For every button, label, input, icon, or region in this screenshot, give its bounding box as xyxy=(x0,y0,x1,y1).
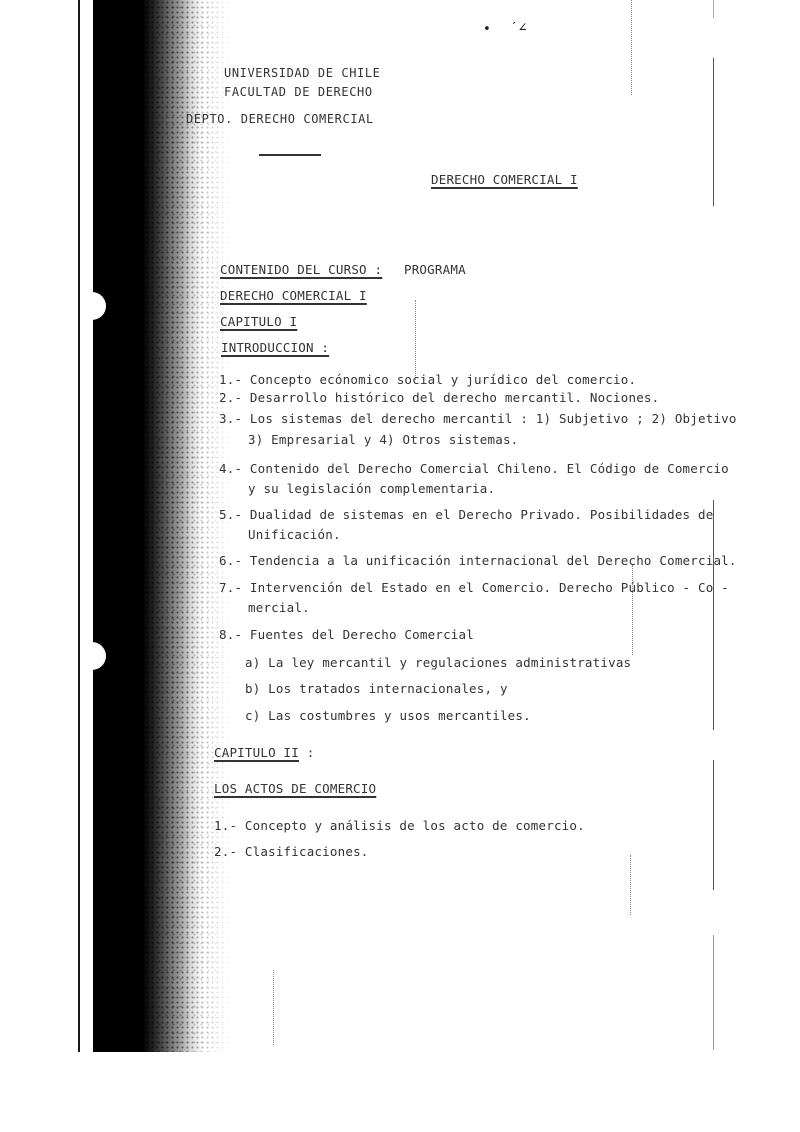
list-item: 7.- Intervención del Estado en el Comerc… xyxy=(219,580,729,595)
contents-heading-label: CONTENIDO DEL CURSO : xyxy=(220,262,382,277)
chapter-2-title-label: CAPITULO II xyxy=(214,745,299,760)
item-text: Los sistemas del derecho mercantil : 1) … xyxy=(250,411,737,426)
item-number: 2.- xyxy=(219,390,242,405)
list-item: 8.- Fuentes del Derecho Comercial xyxy=(219,627,474,642)
sub-item: a) La ley mercantil y regulaciones admin… xyxy=(245,655,631,670)
list-item: 5.- Dualidad de sistemas en el Derecho P… xyxy=(219,507,713,522)
scan-artifact-line xyxy=(713,0,714,18)
chapter-1-title: CAPITULO I xyxy=(220,314,297,329)
scan-edge-line xyxy=(78,0,80,1052)
scan-artifact-line xyxy=(713,760,714,890)
scan-artifact-line xyxy=(632,565,633,655)
course-subtitle: DERECHO COMERCIAL I xyxy=(220,288,367,303)
item-number: 5.- xyxy=(219,507,242,522)
chapter-2-title-suffix: : xyxy=(307,745,315,760)
scan-speck: • xyxy=(483,22,491,37)
item-number: 4.- xyxy=(219,461,242,476)
course-title: DERECHO COMERCIAL I xyxy=(431,172,578,187)
divider xyxy=(259,154,321,156)
item-text: Dualidad de sistemas en el Derecho Priva… xyxy=(250,507,714,522)
sub-item: b) Los tratados internacionales, y xyxy=(245,681,508,696)
item-text: Fuentes del Derecho Comercial xyxy=(250,627,474,642)
scan-artifact-line xyxy=(273,970,274,1045)
item-number: 2.- xyxy=(214,844,237,859)
scan-artifact-line xyxy=(713,935,714,1050)
scan-artifact-line xyxy=(415,300,416,380)
list-item: 4.- Contenido del Derecho Comercial Chil… xyxy=(219,461,729,476)
item-number: 7.- xyxy=(219,580,242,595)
item-text: Clasificaciones. xyxy=(245,844,369,859)
scan-noise xyxy=(140,0,230,1052)
list-item: 6.- Tendencia a la unificación internaci… xyxy=(219,553,737,568)
item-text: Concepto y análisis de los acto de comer… xyxy=(245,818,585,833)
chapter-2-title: CAPITULO II : xyxy=(214,745,314,760)
list-item: 3.- Los sistemas del derecho mercantil :… xyxy=(219,411,737,426)
contents-heading: CONTENIDO DEL CURSO : PROGRAMA xyxy=(220,262,466,277)
item-number: 1.- xyxy=(219,372,242,387)
scan-artifact-line xyxy=(630,855,631,915)
item-continuation: Unificación. xyxy=(248,527,341,542)
scan-artifact-line xyxy=(631,0,632,95)
scan-artifact-line xyxy=(713,58,714,206)
item-number: 8.- xyxy=(219,627,242,642)
list-item: 2.- Desarrollo histórico del derecho mer… xyxy=(219,390,659,405)
chapter-2-heading: LOS ACTOS DE COMERCIO xyxy=(214,781,376,796)
item-number: 6.- xyxy=(219,553,242,568)
list-item: 1.- Concepto y análisis de los acto de c… xyxy=(214,818,585,833)
list-item: 2.- Clasificaciones. xyxy=(214,844,369,859)
university-name: UNIVERSIDAD DE CHILE xyxy=(224,66,381,80)
contents-heading-suffix: PROGRAMA xyxy=(404,262,466,277)
faculty-name: FACULTAD DE DERECHO xyxy=(224,85,373,99)
item-continuation: mercial. xyxy=(248,600,310,615)
item-text: Intervención del Estado en el Comercio. … xyxy=(250,580,729,595)
sub-item: c) Las costumbres y usos mercantiles. xyxy=(245,708,531,723)
scanned-page: • ˊ∠ UNIVERSIDAD DE CHILE FACULTAD DE DE… xyxy=(0,0,800,1052)
item-text: Contenido del Derecho Comercial Chileno.… xyxy=(250,461,729,476)
item-number: 3.- xyxy=(219,411,242,426)
chapter-1-heading: INTRODUCCION : xyxy=(221,340,329,355)
item-text: Tendencia a la unificación internacional… xyxy=(250,553,737,568)
scan-speck: ˊ∠ xyxy=(510,20,527,37)
list-item: 1.- Concepto ecónomico social y jurídico… xyxy=(219,372,636,387)
department-name: DEPTO. DERECHO COMERCIAL xyxy=(186,112,374,126)
item-number: 1.- xyxy=(214,818,237,833)
item-continuation: y su legislación complementaria. xyxy=(248,481,495,496)
item-continuation: 3) Empresarial y 4) Otros sistemas. xyxy=(248,432,518,447)
scan-artifact-line xyxy=(713,500,714,730)
item-text: Desarrollo histórico del derecho mercant… xyxy=(250,390,659,405)
item-text: Concepto ecónomico social y jurídico del… xyxy=(250,372,636,387)
